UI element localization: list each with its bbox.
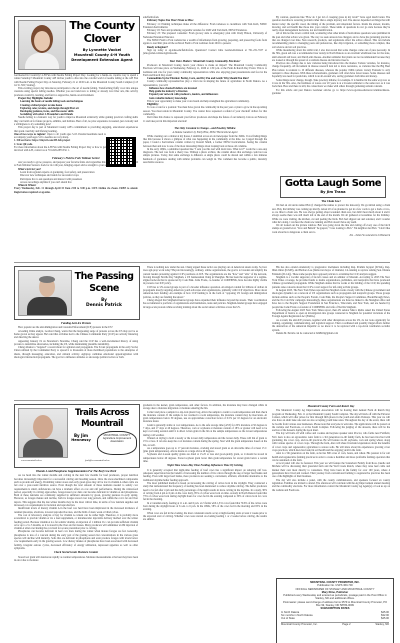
promoter-footer: Mountrail County Promoter, Inc. Page 2 S… xyxy=(281,622,389,626)
clover-column-2: edu/fieldtofork. February Topics You Won… xyxy=(143,16,267,164)
portrait-shoulders-icon xyxy=(25,53,59,70)
passing-para2: A leading China analyst, Gordon Chang, w… xyxy=(14,330,138,340)
passing-para10: In August 2023, The New York Times repor… xyxy=(272,289,390,309)
trails-para2: Insufficient levels of dietary vitamin A… xyxy=(14,507,138,514)
trails-cont-para3: Grain is generally stable at cool temper… xyxy=(143,424,267,437)
passing-para8: His ties also extend extensively to prog… xyxy=(272,266,390,276)
dakota-para4: All of this led me down a rabbit trail, … xyxy=(272,32,390,48)
laugh-byline: By Jim Trana xyxy=(281,190,385,195)
portrait-shirt-icon xyxy=(23,439,63,457)
portrait-hair-icon xyxy=(39,276,55,283)
trails-cont-para2: Collect and place a sample in a zip-lock… xyxy=(143,411,267,424)
candidates-text: County commodity representatives play a … xyxy=(143,80,267,87)
trails-title-line1: Trails Across xyxy=(67,408,137,418)
passing-para5: There is nothing new under the sun. Chan… xyxy=(143,266,267,286)
passing-para6: CCP ties to US-rooted groups is part of … xyxy=(143,286,267,299)
trails-heading: Vitamin A And Phosphorus Supplementation… xyxy=(14,470,138,473)
passing-by: By xyxy=(71,297,137,302)
trails-para4: Phosphorus can become deficient in beef … xyxy=(14,530,138,550)
clover-column-1: Get Reeled In Creativity! 4-H Fun with N… xyxy=(14,74,138,194)
trails-para5: Stored wet grain will deteriorate rapidl… xyxy=(14,556,138,563)
passing-author: Dennis Patrick xyxy=(71,303,137,308)
author-photo-lynnette-vockel xyxy=(18,20,66,70)
ready-text[interactable]: Sign up today at ag.ndsu.edu/fieldtofork… xyxy=(143,49,267,56)
trails-cont-para1: gradients in the kernel, grain temperatu… xyxy=(143,404,267,411)
gotta-laugh-some-masthead: Gotta Laugh Some By Jim Trana xyxy=(280,176,386,198)
trails-author: Hennessy xyxy=(67,438,95,442)
trails-cont-heading2: Night Time Grass-Hay Time Feeding Influe… xyxy=(143,464,267,467)
clover-para4: This project day is part of Mountrail Co… xyxy=(14,126,138,133)
dakota-para8[interactable]: For this article and past Dakota Gardene… xyxy=(272,89,390,96)
rate-row: Out of State$45.00 xyxy=(281,617,389,620)
laugh-para1: We had an old uncle named Bob (I changed… xyxy=(272,204,390,224)
webinar-when: Every Wednesday, Feb. 11 through April 1… xyxy=(14,187,138,194)
author-photo-dennis-patrick xyxy=(18,270,72,316)
passing-scene-masthead: The Passing Scene By Dennis Patrick xyxy=(14,266,140,320)
qr-code-icon[interactable] xyxy=(106,137,136,167)
farm-ranch-para2: The day will kick off with coffee and co… xyxy=(272,432,390,452)
passing-scene-column-1: Funding Anti-Ice Protests How popular ar… xyxy=(14,321,138,359)
trails-cont-para10: When cows are fed in the evening, the mo… xyxy=(143,512,267,522)
farm-ranch-para5: The day will also include a panel, with … xyxy=(272,479,390,492)
passing-para9: Singham is a vocalist supporter of far-l… xyxy=(272,276,390,289)
passing-para12: As a result, the anti-ICE protests, toge… xyxy=(272,319,390,332)
topic-item: February 25: The prepared consumer: From… xyxy=(143,32,267,39)
dakota-para3: By contrast, questions like "How do I ge… xyxy=(272,16,390,32)
trails-cont-para8: The most published method is based on in… xyxy=(143,482,267,502)
promoter-published: Published every Wednesday and entered as… xyxy=(281,594,389,601)
passing-title-line2: Scene xyxy=(71,283,137,294)
farm-ranch-para1: The Mountrail County Ag Improvement Asso… xyxy=(272,409,390,432)
portrait-face-icon xyxy=(34,31,50,51)
mountrail-county-logo: MOUNTRAIL COUNTY Agriculture Improvement… xyxy=(97,431,137,455)
author-photo-jim-hennessy xyxy=(18,408,68,458)
topics-footer: The NDSU Field to Fork website has a wea… xyxy=(143,39,267,46)
trails-cont-para4: Wanted on drying to hold a steady or the… xyxy=(143,437,267,447)
eligibility-text: To vote or run for a position: You must … xyxy=(143,106,267,116)
laugh-signoff: Jim – think I'm somewhere in Bismarck xyxy=(272,234,390,237)
passing-title-line1: The Passing xyxy=(71,271,137,282)
dakota-para6: Practices also change due to new varieti… xyxy=(272,62,390,78)
dakota-para7: Some things never change, though. Take p… xyxy=(272,79,390,89)
dakota-gardener-column-3: By contrast, questions like "How do I ge… xyxy=(272,16,390,95)
clover-role: Mountrail County 4-H Youth Development E… xyxy=(67,53,137,62)
promoter-info-box: MOUNTRAIL COUNTY PROMOTER, INC. Publicat… xyxy=(276,578,394,643)
laugh-para2: We all looked out the picture window. Bo… xyxy=(272,224,390,234)
section-divider xyxy=(14,400,390,401)
trails-column-2: gradients in the kernel, grain temperatu… xyxy=(143,404,267,522)
trails-cont-para9: In a Canadian study, feeding at 11 a.m. … xyxy=(143,502,267,512)
laugh-heading: The Chain Saw! xyxy=(272,200,390,203)
clover-title-line2: Clover xyxy=(67,33,137,45)
passing-contact[interactable]: Dennis M. Patrick can be contacted at bm… xyxy=(272,332,390,335)
portrait-face-icon xyxy=(33,415,53,439)
clover-para3: Needle felting is a fantastic way for yo… xyxy=(14,116,138,126)
topic-item: February 11: Planting techniques make al… xyxy=(143,23,267,30)
passing-scene-column-3: His ties also extend extensively to prog… xyxy=(272,266,390,335)
farm-ranch-para4: A local panel will also be featured. Thi… xyxy=(272,462,390,478)
commodity-text: Producers in Mountrail County, here's yo… xyxy=(143,64,267,77)
trails-url[interactable]: www.mountrail.nd.us xyxy=(21,459,71,462)
register-footer: For more information about the 4-H Fun w… xyxy=(14,146,106,153)
passing-para3: Appearing January 19 on Newsmax's Newsli… xyxy=(14,340,138,347)
candidates-footer: This is your opportunity to make your vo… xyxy=(143,100,267,103)
clover-para2: This exciting project day introduces par… xyxy=(14,87,138,97)
eligibility-footer: Don't miss this chance to represent your… xyxy=(143,116,267,123)
commodity-heading: Your Voice Matters: Mountrail County Com… xyxy=(143,60,267,63)
gotta-laugh-some-column: The Chain Saw! We had an old uncle named… xyxy=(272,199,390,237)
dakota-gardener-heading: The Only Constant is Change....and Powde… xyxy=(143,127,267,130)
clover-title-line1: The County xyxy=(67,20,137,32)
passing-para4: Chang alludes to "targeted" a recent sho… xyxy=(14,346,138,359)
section-divider xyxy=(14,262,390,263)
trails-cont-para6: Soybeans and 4-week quality grains are d… xyxy=(143,453,267,463)
trails-title-line2: Mountrail xyxy=(67,419,137,429)
trails-para3: The cost of laboratory analysis of hay f… xyxy=(14,514,138,530)
farm-ranch-para3: Alex is a 5th generation on the farm, as… xyxy=(272,452,390,462)
trails-cont-para5: As a temperature goes up to 17 percent m… xyxy=(143,447,267,454)
register-heading: One of two ways to register: Open to all… xyxy=(14,133,106,140)
clover-byline: By Lynnette Vockel xyxy=(67,48,137,53)
passing-heading: Funding Anti-Ice Protests xyxy=(14,322,138,325)
dakota-para5: While meandering down the rabbit trail, … xyxy=(272,49,390,62)
passing-para11: Following the August 2023 New York Times… xyxy=(272,309,390,319)
trails-masthead: Trails Across Mountrail By Jim Hennessy … xyxy=(14,404,140,468)
farm-ranch-column: Mountrail County Farm and Ranch Day The … xyxy=(272,404,390,492)
dakota-para2: In the early 1990s, a submitted question… xyxy=(143,148,267,164)
passing-para7: Chang alleged that Singham-financed grou… xyxy=(143,299,267,309)
passing-scene-column-2: There is nothing new under the sun. Chan… xyxy=(143,266,267,309)
county-clover-masthead: The County Clover By Lynnette Vockel Mou… xyxy=(14,16,140,74)
clover-intro: Get Reeled In Creativity! 4-H Fun with N… xyxy=(14,74,138,87)
dakota-para1: While cleaning out a cabinet at my house… xyxy=(143,135,267,148)
trails-para1: As we head into the winter months and ca… xyxy=(14,474,138,507)
trails-column-1: Vitamin A And Phosphorus Supplementation… xyxy=(14,469,138,562)
laugh-title: Gotta Laugh Some xyxy=(281,178,385,190)
trails-heading2: Check Stored Grain Moisture Content xyxy=(14,551,138,554)
farm-ranch-heading: Mountrail County Farm and Ranch Day xyxy=(272,405,390,408)
trails-cont-para7: It is generally accepted that night-time… xyxy=(143,469,267,482)
portrait-suit-icon xyxy=(27,297,67,315)
trails-email[interactable]: jimh@co.mountrail.nd.us xyxy=(85,459,135,462)
